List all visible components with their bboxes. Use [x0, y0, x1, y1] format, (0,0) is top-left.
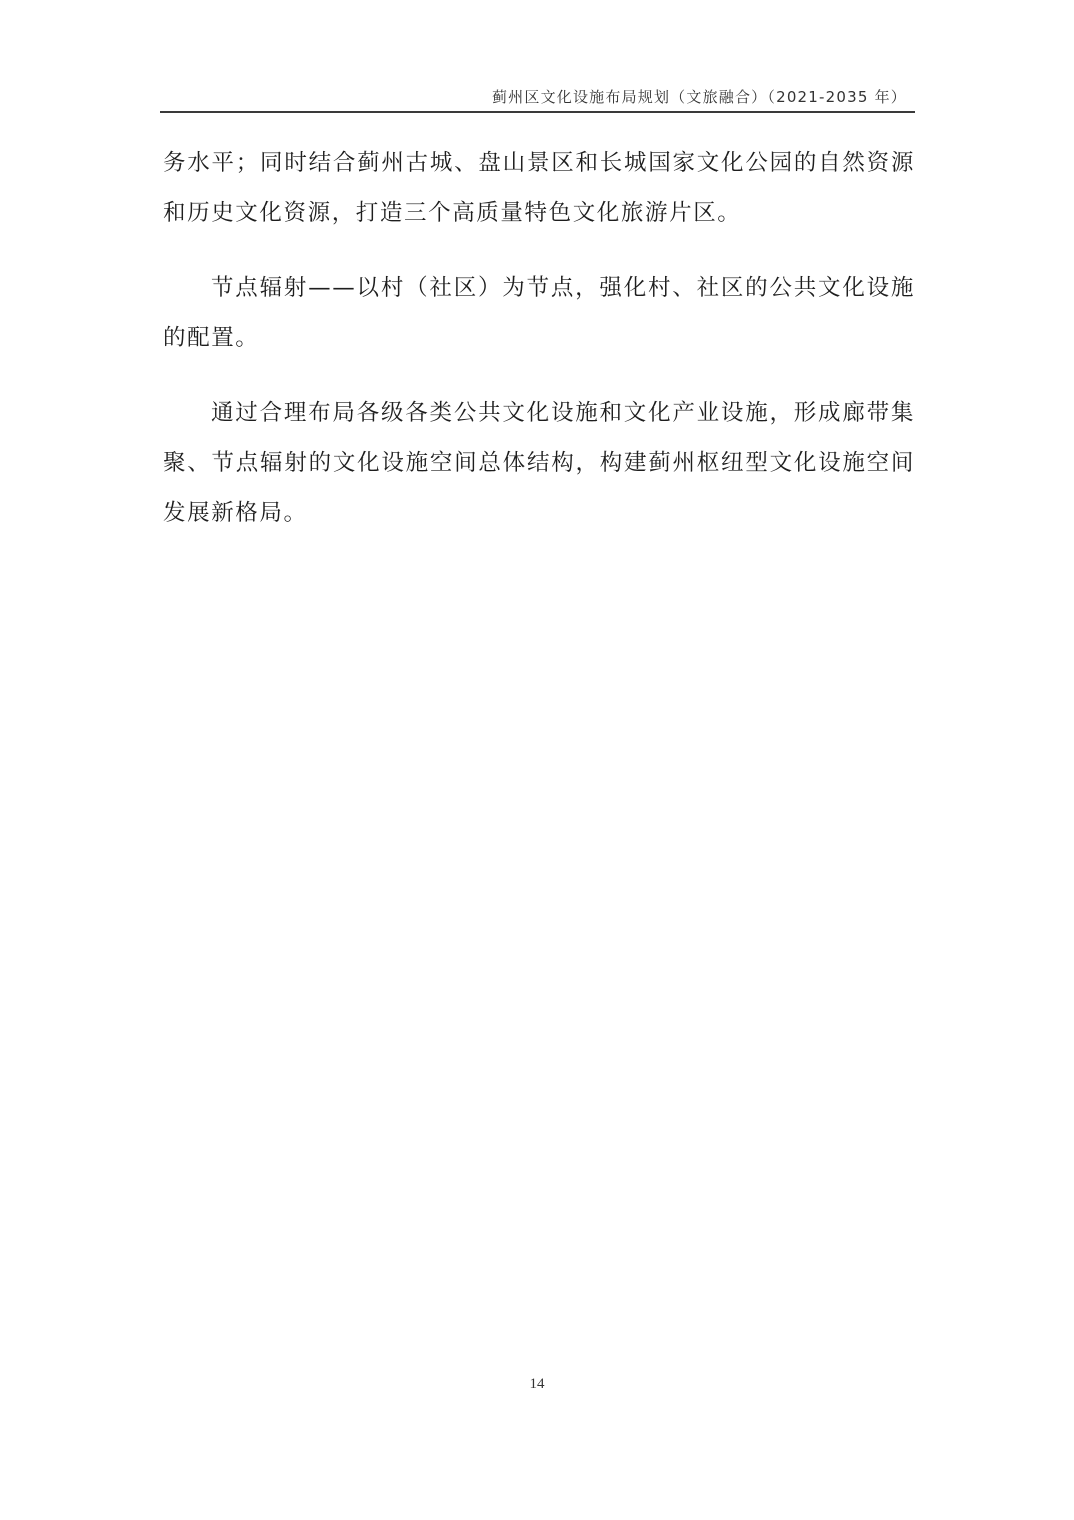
paragraph-continuation: 务水平；同时结合蓟州古城、盘山景区和长城国家文化公园的自然资源和历史文化资源，打…	[163, 138, 915, 238]
document-title: 蓟州区文化设施布局规划（文旅融合）（2021-2035 年）	[492, 86, 907, 107]
paragraph-summary: 通过合理布局各级各类公共文化设施和文化产业设施，形成廊带集聚、节点辐射的文化设施…	[163, 388, 915, 538]
header-divider	[160, 111, 915, 113]
page-header: 蓟州区文化设施布局规划（文旅融合）（2021-2035 年）	[160, 84, 915, 112]
body-text: 务水平；同时结合蓟州古城、盘山景区和长城国家文化公园的自然资源和历史文化资源，打…	[163, 138, 915, 563]
paragraph-node-radiation: 节点辐射——以村（社区）为节点，强化村、社区的公共文化设施的配置。	[163, 263, 915, 363]
page-number: 14	[0, 1376, 1074, 1393]
